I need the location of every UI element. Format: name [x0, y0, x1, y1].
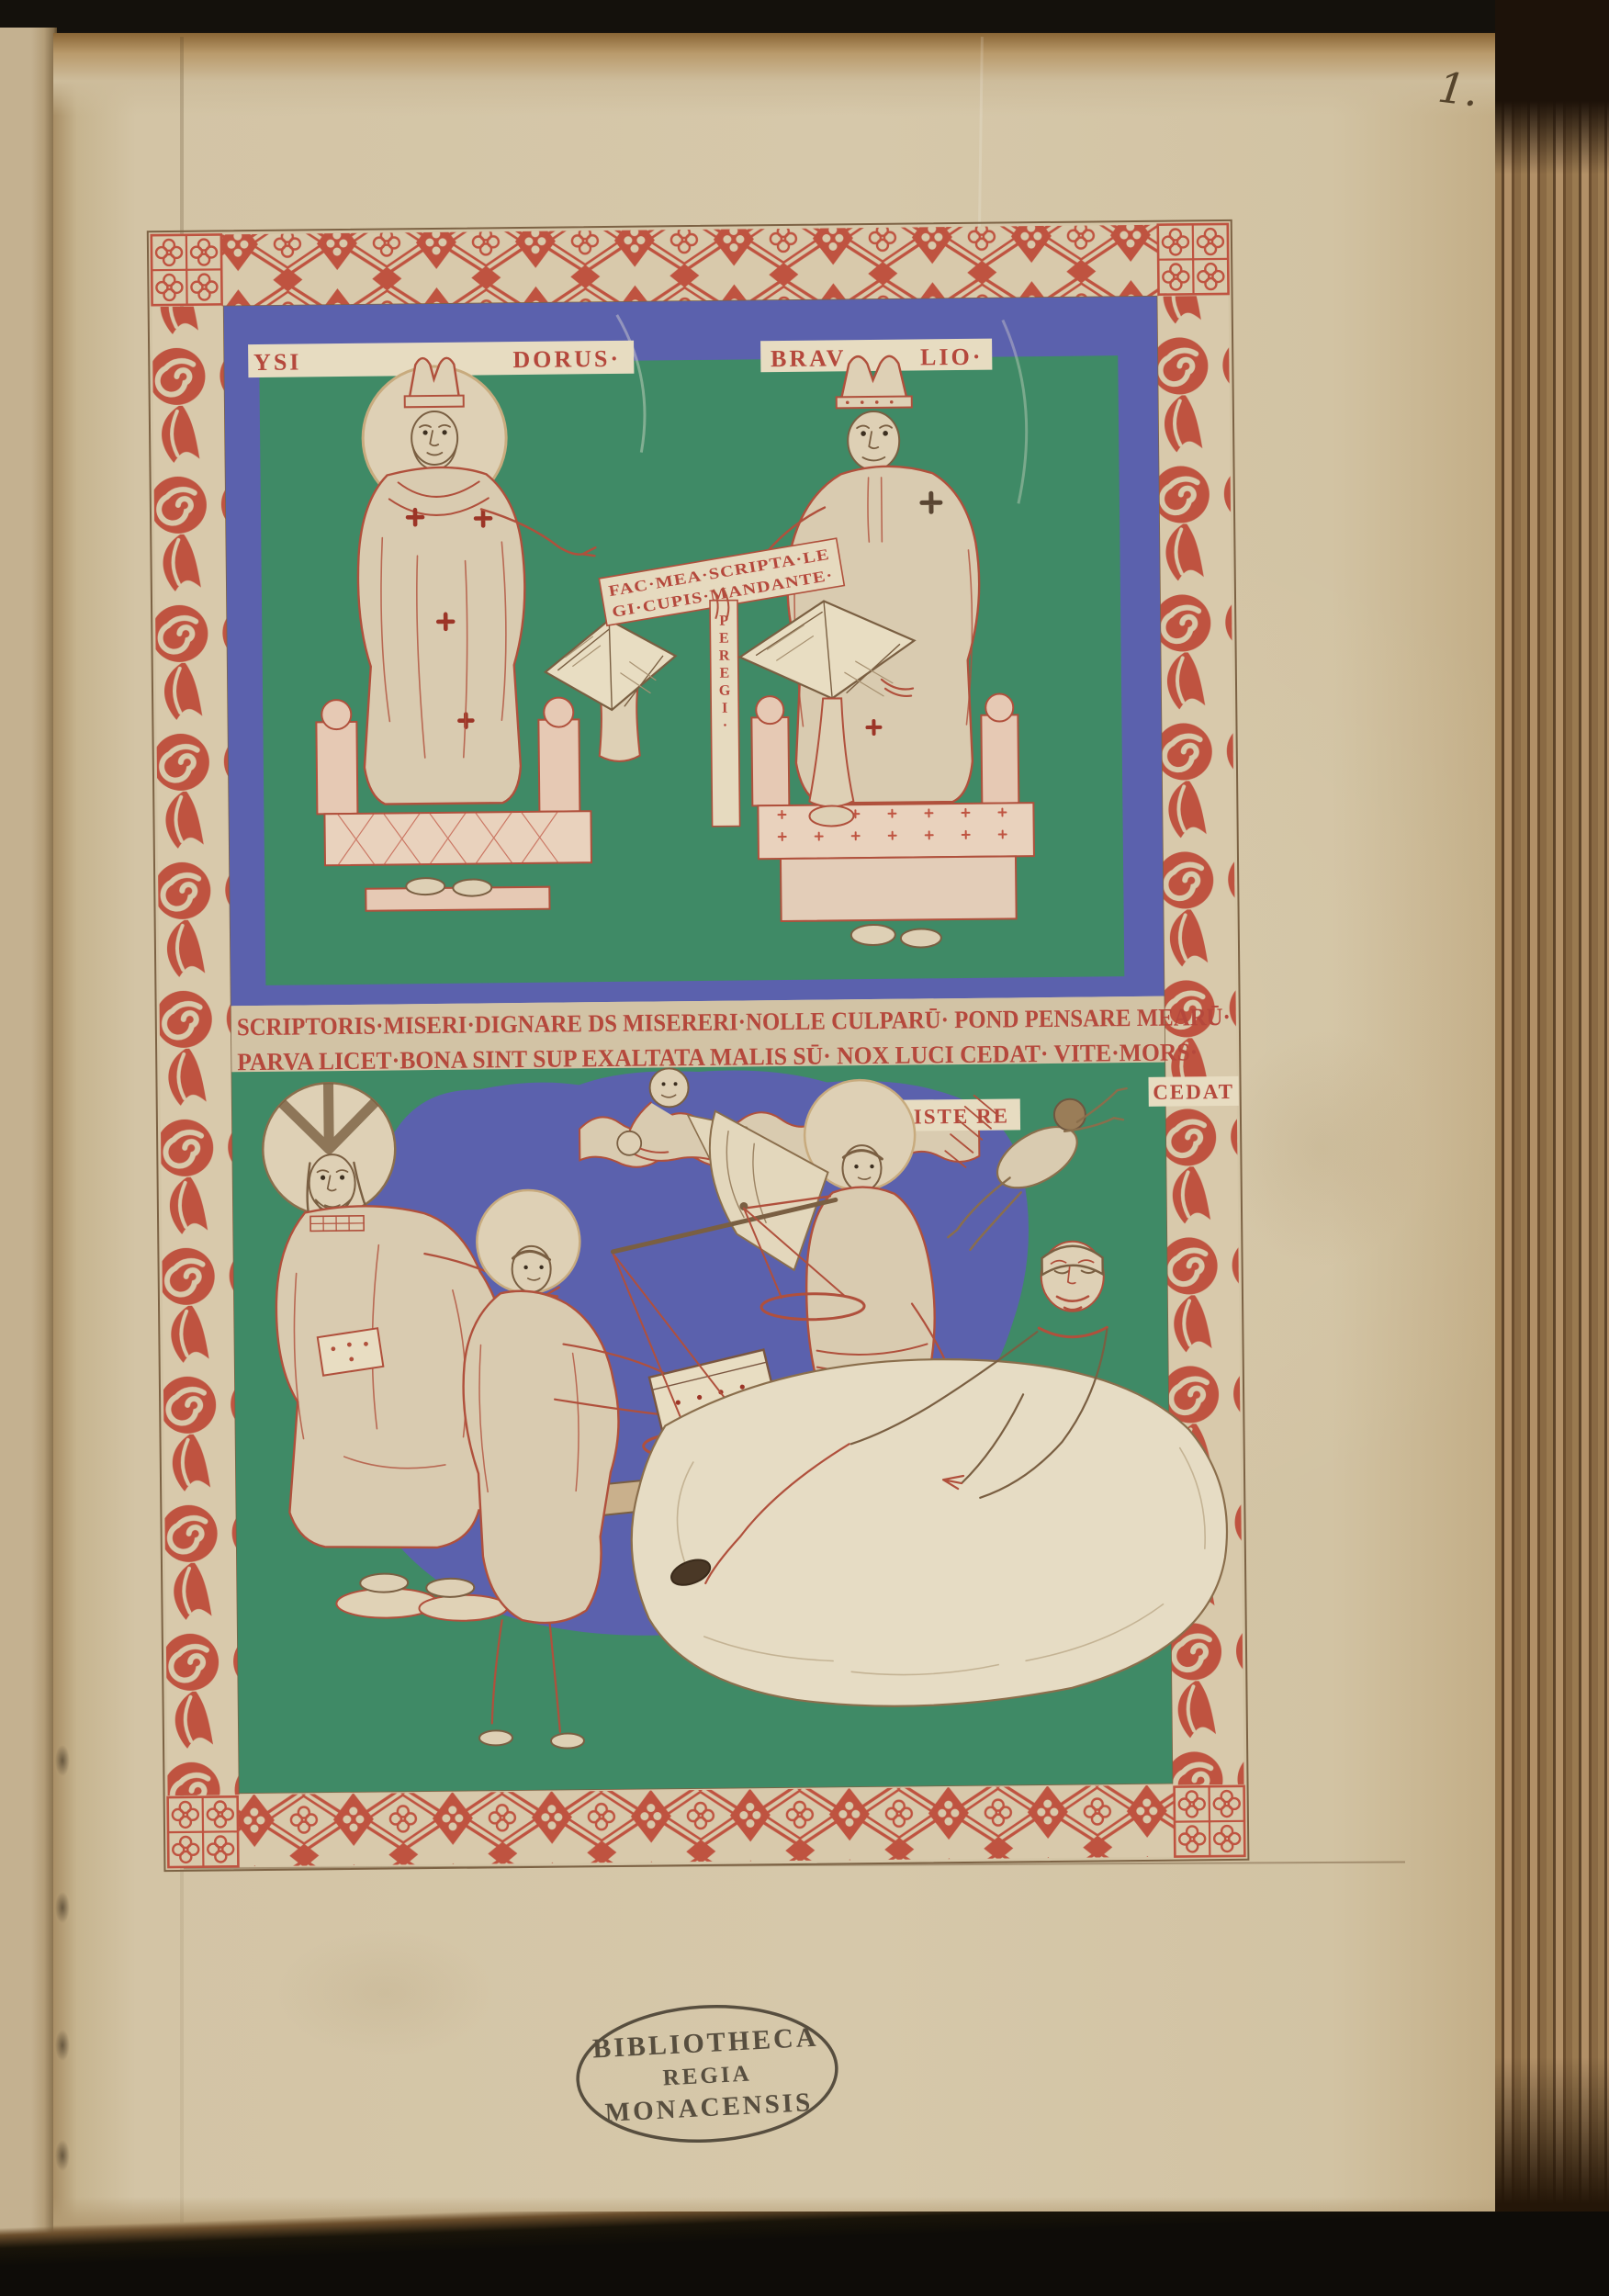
- stamp-line1: BIBLIOTHECA: [591, 2022, 819, 2065]
- stamp-line3: MONACENSIS: [604, 2088, 814, 2128]
- border-corner: [1158, 224, 1229, 295]
- border-bottom: [238, 1785, 1176, 1867]
- border-corner: [152, 234, 222, 305]
- folio-number: 1.: [1435, 62, 1481, 117]
- book-fore-edge: [1495, 0, 1609, 2259]
- bottom-label-right: CEDAT: [1153, 1080, 1234, 1104]
- braulio-label-right: LIO·: [920, 343, 984, 371]
- illuminated-miniature: FAC·MEA·SCRIPTA·LE GI·CUPIS·MANDANTE· PE…: [139, 198, 1258, 1876]
- manuscript-photo: 1.: [0, 0, 1609, 2296]
- isidorus-label-left: YSI: [253, 348, 302, 376]
- sewing-mark: [55, 1892, 70, 1923]
- sewing-mark: [55, 2030, 70, 2061]
- stain: [1221, 1029, 1423, 1267]
- border-top: [221, 225, 1159, 307]
- braulio-label-left: BRAV: [771, 344, 847, 372]
- border-corner: [1175, 1786, 1245, 1857]
- sewing-mark: [55, 2140, 70, 2171]
- stamp-line2: REGIA: [662, 2061, 752, 2090]
- isidorus-label-right: DORUS·: [512, 345, 621, 373]
- stain: [276, 1929, 496, 2057]
- bottom-label-left: ISTE RE: [914, 1104, 1009, 1128]
- scroll-text-vertical: PEREGI·: [716, 613, 733, 736]
- border-corner: [168, 1796, 239, 1867]
- photo-background-bottom: [0, 2212, 1609, 2296]
- underlying-page-edge: [0, 28, 57, 2250]
- library-stamp: BIBLIOTHECA REGIA MONACENSIS: [566, 1987, 850, 2159]
- sewing-mark: [55, 1745, 70, 1776]
